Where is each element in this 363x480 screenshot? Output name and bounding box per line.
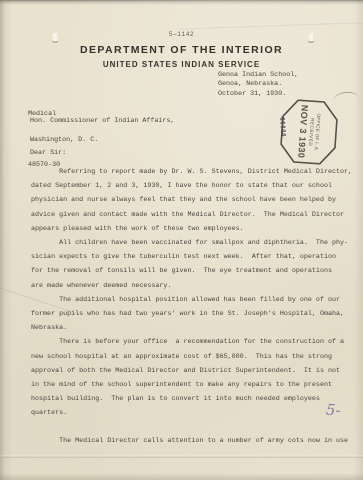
letter-body: Referring to report made by Dr. W. S. St… [31, 165, 352, 448]
recipient-address: Hon. Commissioner of Indian Affairs, Was… [30, 112, 174, 149]
paragraph: The Medical Director calls attention to … [31, 434, 352, 448]
origin-date-block: Genoa Indian School, Genoa, Nebraska. Oc… [218, 71, 298, 99]
pencil-mark [333, 91, 358, 106]
handwritten-margin-note: 5- [325, 401, 341, 420]
paragraph: There is before your office a recommenda… [31, 335, 352, 420]
paragraph: The additional hospital position allowed… [31, 293, 352, 336]
paper-crease [180, 21, 363, 30]
stamp-date-line: NOV 3 1930 [296, 105, 310, 159]
paragraph: Referring to report made by Dr. W. S. St… [31, 165, 352, 236]
salutation: Dear Sir: [30, 149, 66, 157]
received-stamp: OFFICE OF I. A. RECEIVED NOV 3 1930 [279, 98, 339, 166]
paper-crease [0, 455, 363, 458]
paragraph: All children have been vaccinated for sm… [31, 236, 352, 293]
form-number: 5—1142 [0, 31, 363, 38]
stamp-text: OFFICE OF I. A. RECEIVED NOV 3 1930 [279, 98, 339, 166]
stamp-handwritten-annotation: 44444 [278, 116, 287, 137]
letterhead-service: UNITED STATES INDIAN SERVICE [0, 60, 363, 69]
letterhead-department: DEPARTMENT OF THE INTERIOR [0, 44, 363, 56]
scanned-letter-page: 5—1142 DEPARTMENT OF THE INTERIOR UNITED… [0, 0, 363, 480]
